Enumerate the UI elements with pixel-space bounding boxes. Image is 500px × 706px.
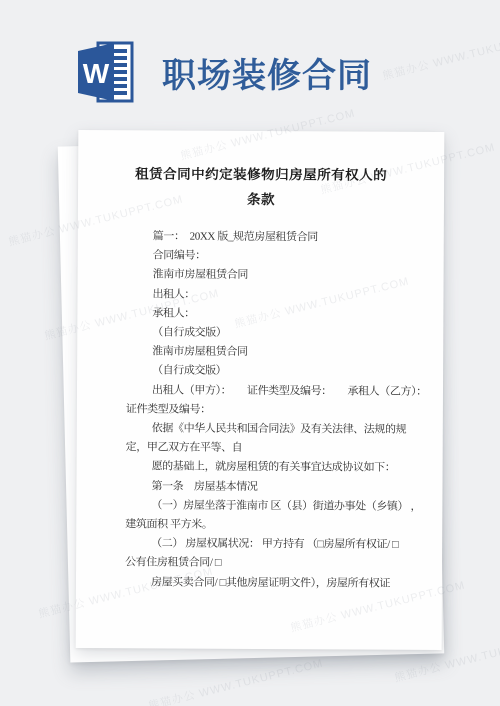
doc-line: 证件类型及编号： bbox=[126, 400, 435, 421]
doc-line: 依据《中华人民共和国合同法》及有关法律、法规的规 bbox=[126, 419, 435, 440]
doc-line: （二） 房屋权属状况： 甲方持有 （□房屋所有权证/ □ bbox=[125, 535, 434, 556]
doc-line: 出租人： bbox=[126, 285, 435, 306]
header: W 职场装修合同 bbox=[0, 0, 500, 120]
doc-line: 承租人： bbox=[126, 304, 435, 325]
doc-line: 公有住房租赁合同/ □ bbox=[125, 554, 434, 575]
doc-line: 房屋买卖合同/ □其他房屋证明文件），房屋所有权证 bbox=[125, 573, 434, 594]
doc-line: 淮南市房屋租赁合同 bbox=[126, 343, 435, 364]
doc-line: （自行成交版） bbox=[126, 323, 435, 344]
doc-line: 出租人（甲方）： 证件类型及编号： 承租人（乙方）： bbox=[126, 381, 435, 402]
svg-text:W: W bbox=[83, 58, 110, 89]
document-title-line2: 条款 bbox=[78, 186, 444, 213]
document-title: 租赁合同中约定装修物归房屋所有权人的 条款 bbox=[78, 161, 444, 213]
doc-line: 愿的基础上，就房屋租赁的有关事宜达成协议如下： bbox=[126, 458, 435, 479]
document-page: 租赁合同中约定装修物归房屋所有权人的 条款 篇一： 20XX 版_规范房屋租赁合… bbox=[76, 130, 445, 650]
doc-line: （一）房屋坐落于淮南市 区（县）街道办事处（乡镇） ， bbox=[125, 496, 434, 517]
doc-body: 篇一： 20XX 版_规范房屋租赁合同合同编号：淮南市房屋租赁合同出租人：承租人… bbox=[125, 227, 436, 593]
doc-line: 第一条 房屋基本情况 bbox=[125, 477, 434, 498]
word-icon: W bbox=[64, 36, 144, 108]
page-title: 职场装修合同 bbox=[162, 48, 372, 97]
doc-line: 建筑面积 平方米。 bbox=[125, 515, 434, 536]
page: { "colors": { "background": "#eff0f2", "… bbox=[0, 0, 500, 706]
doc-line: 淮南市房屋租赁合同 bbox=[127, 266, 436, 287]
document-title-line1: 租赁合同中约定装修物归房屋所有权人的 bbox=[78, 161, 444, 188]
watermark-text: 熊猫办公 WWW.TUKUPPT.COM bbox=[147, 655, 325, 706]
doc-line: 合同编号： bbox=[127, 247, 436, 268]
doc-line: 篇一： 20XX 版_规范房屋租赁合同 bbox=[127, 227, 436, 248]
doc-line: 定，甲乙双方在平等、自 bbox=[126, 439, 435, 460]
doc-line: （自行成交版） bbox=[126, 362, 435, 383]
